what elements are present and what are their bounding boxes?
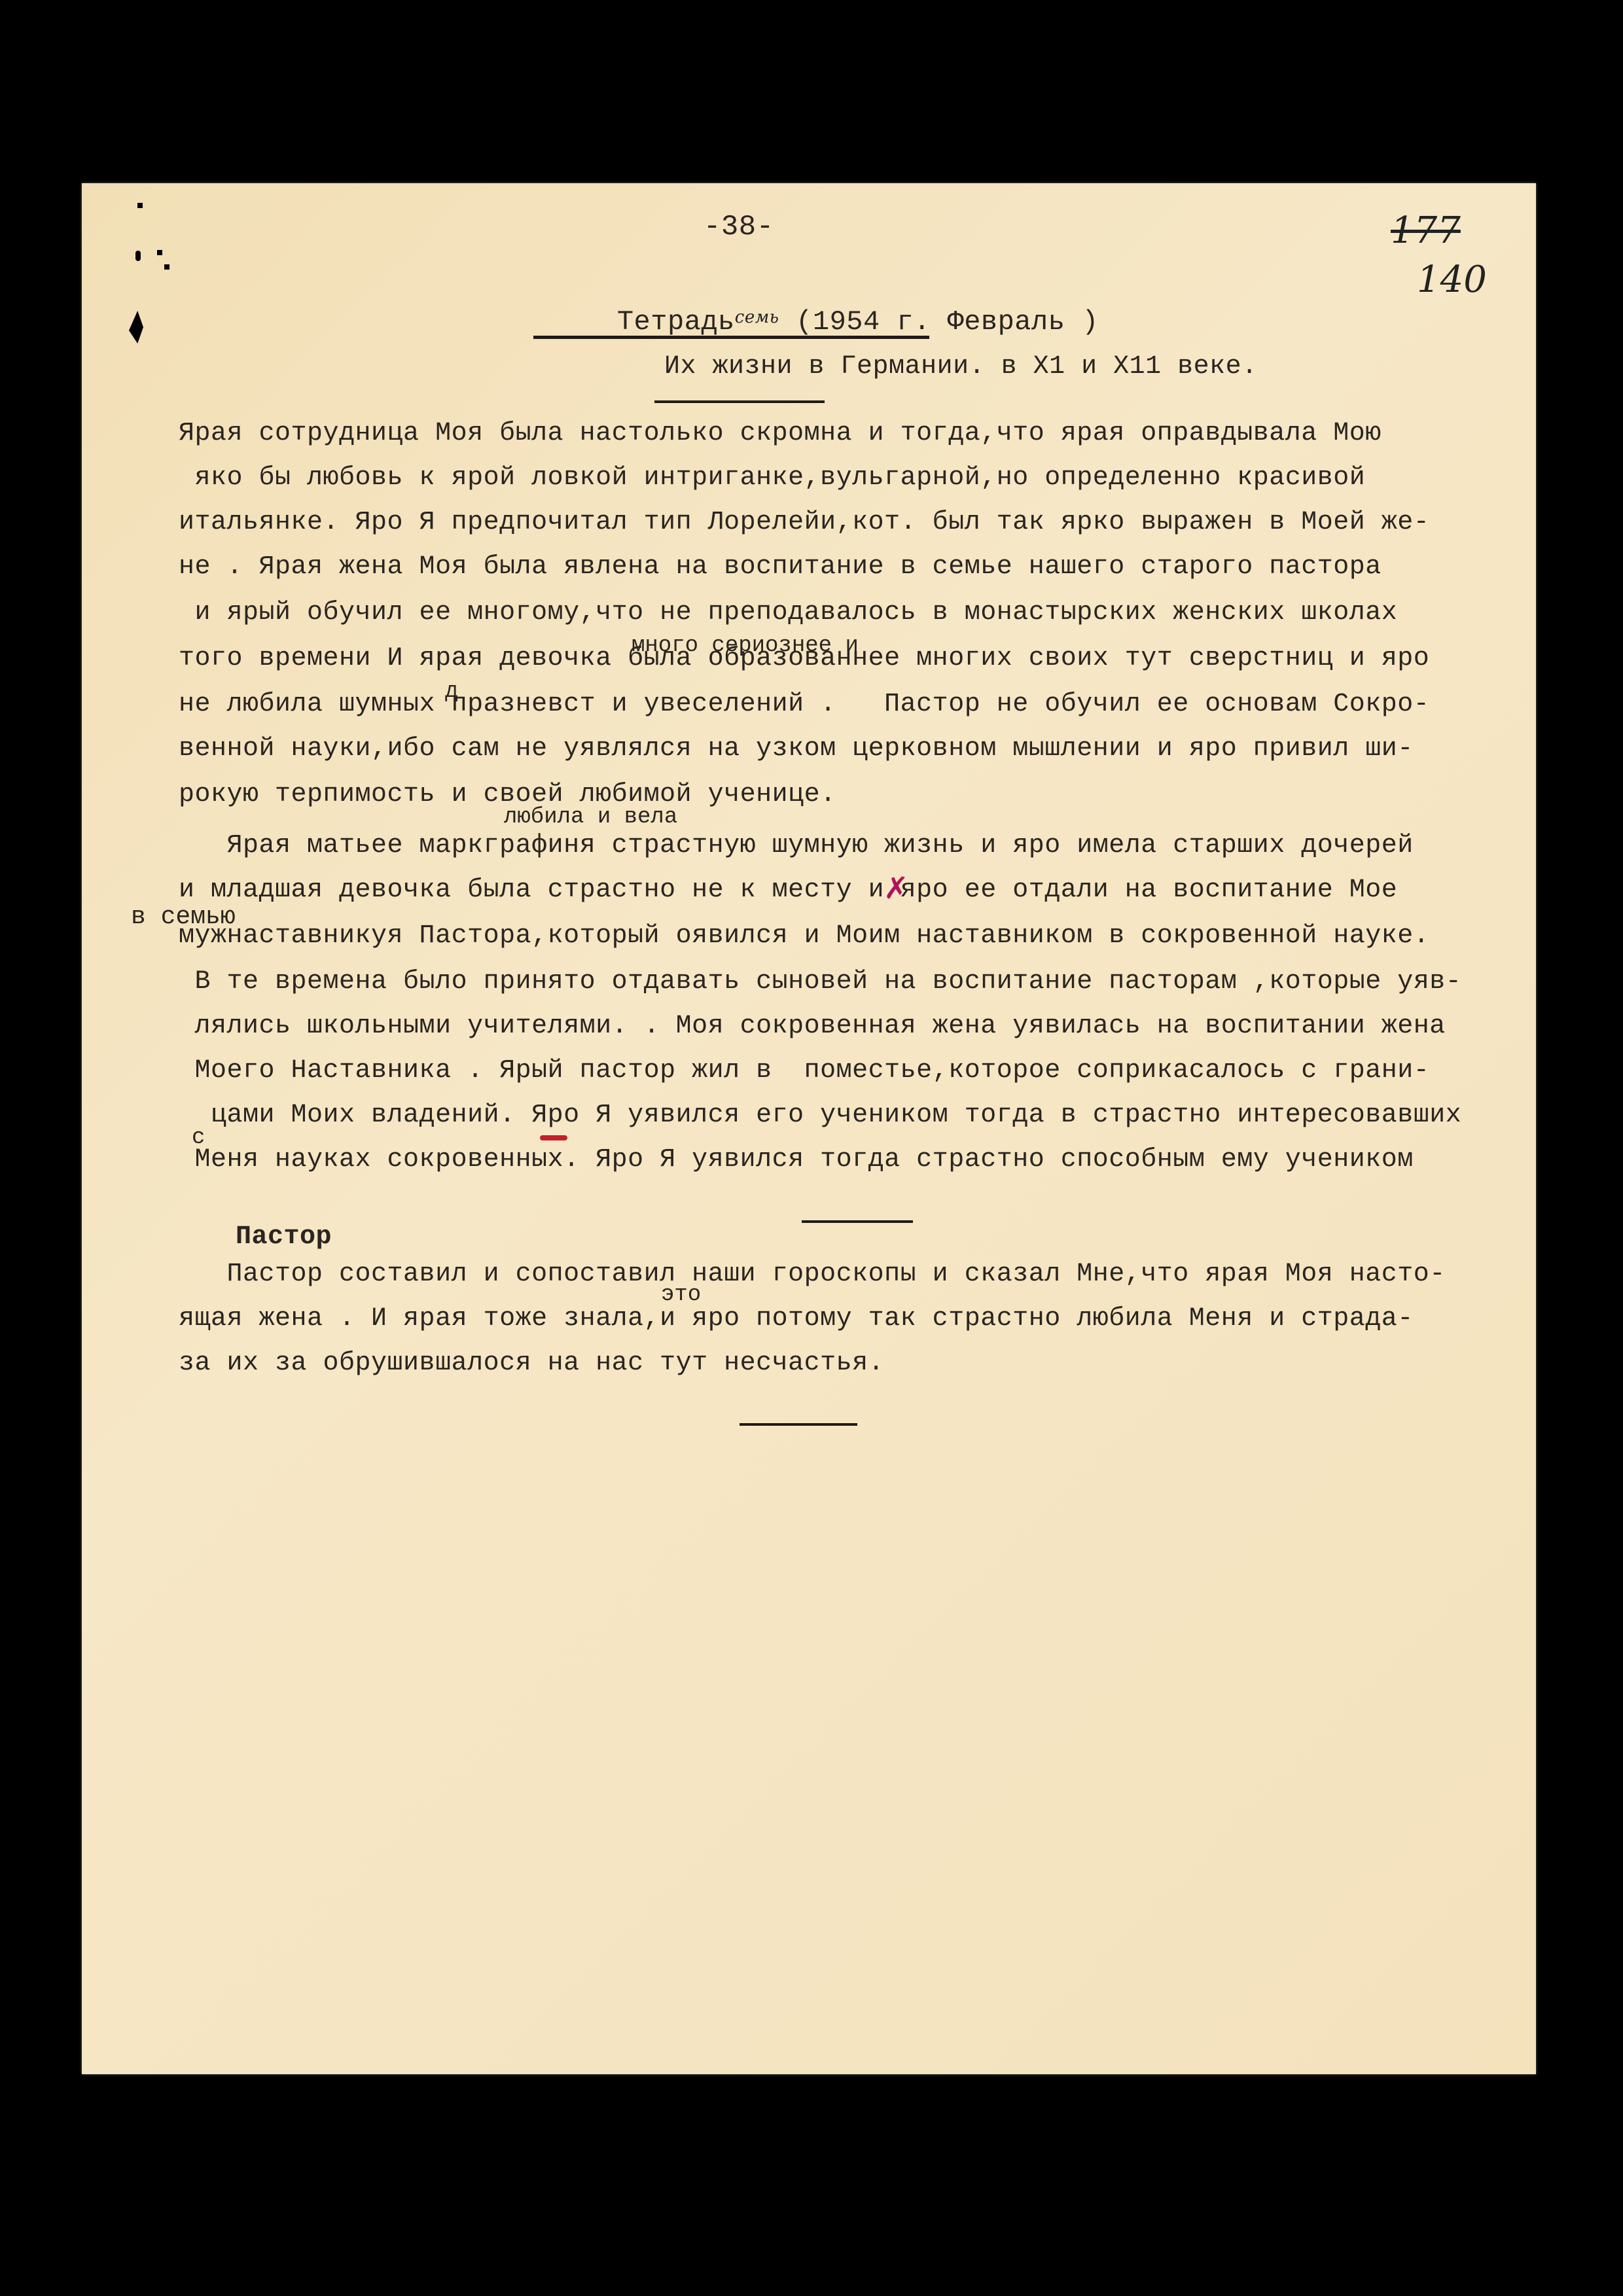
text-line: В те времена было принято отдавать сынов… <box>179 967 1461 997</box>
archive-mark-1: 177 <box>1391 209 1461 252</box>
page-number: -38- <box>704 211 774 243</box>
text-line: и младшая девочка была страстно не к мес… <box>179 875 1397 905</box>
punch-hole <box>129 311 143 344</box>
text-line: Моего Наставника . Ярый пастор жил в пом… <box>179 1056 1429 1086</box>
text-line: не любила шумных празневст и увеселений … <box>179 690 1429 719</box>
text-line: не . Ярая жена Моя была явлена на воспит… <box>179 552 1382 582</box>
archive-mark-2: 140 <box>1417 258 1487 301</box>
text-line: и ярый обучил ее многому,что не преподав… <box>179 598 1397 627</box>
title-handwritten-insert: семь <box>735 308 779 327</box>
end-rule <box>740 1423 857 1426</box>
subtitle: Их жизни в Германии. в Х1 и Х11 веке. <box>664 352 1258 381</box>
title-prefix: Тетрадь <box>617 306 735 338</box>
punch-hole <box>164 264 169 270</box>
text-line: за их за обрушившалося на нас тут несчас… <box>179 1349 884 1378</box>
insert-above-line: любила и вела <box>504 805 677 830</box>
text-line: Пастор составил и сопоставил наши гороск… <box>179 1260 1446 1289</box>
text-line: того времени И ярая девочка была образов… <box>179 644 1429 673</box>
text-line: яко бы любовь к ярой ловкой интриганке,в… <box>179 463 1365 493</box>
text-line: ящая жена . И ярая тоже знала,и яро пото… <box>179 1304 1414 1333</box>
section-rule <box>802 1220 913 1223</box>
text-line: Ярая матьее маркграфиня страстную шумную… <box>179 831 1414 860</box>
text-line: Меня науках сокровенных. Яро Я уявился т… <box>179 1145 1414 1174</box>
title-rule <box>533 336 929 339</box>
text-line: венной науки,ибо сам не уявлялся на узко… <box>179 734 1414 764</box>
document-page: -38- 177 140 Тетрадьсемь (1954 г. Феврал… <box>82 183 1536 2074</box>
text-line: итальянке. Яро Я предпочитал тип Лорелей… <box>179 508 1429 537</box>
text-line: цами Моих владений. Яро Я уявился его уч… <box>179 1101 1461 1130</box>
punch-hole <box>137 203 143 208</box>
red-underline-mark <box>540 1135 567 1140</box>
title-date: (1954 г. Февраль ) <box>796 306 1099 338</box>
text-line: мужнаставникуя Пастора,который оявился и… <box>179 921 1429 951</box>
subtitle-rule <box>654 400 825 403</box>
text-line: Ярая сотрудница Моя была настолько скром… <box>179 419 1382 448</box>
section-heading: Пастор <box>236 1222 332 1252</box>
punch-hole <box>157 250 162 255</box>
magenta-correction-mark: ✗ <box>883 870 909 906</box>
punch-hole <box>135 251 141 261</box>
text-line: лялись школьными учителями. . Моя сокров… <box>179 1012 1446 1041</box>
